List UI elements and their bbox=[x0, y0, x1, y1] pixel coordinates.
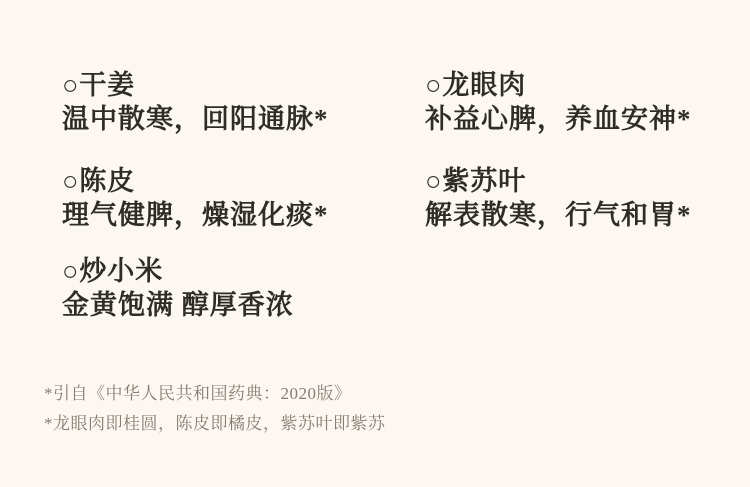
ingredient-name: ○龙眼肉 bbox=[425, 68, 692, 102]
circle-bullet-icon: ○ bbox=[62, 166, 79, 196]
ingredient-item-zisuye: ○紫苏叶 解表散寒，行气和胃* bbox=[425, 164, 692, 232]
ingredient-property: 金黄饱满 醇厚香浓 bbox=[62, 288, 294, 322]
circle-bullet-icon: ○ bbox=[425, 166, 442, 196]
ingredient-name-text: 陈皮 bbox=[79, 166, 135, 196]
ingredient-item-chaoxiaomi: ○炒小米 金黄饱满 醇厚香浓 bbox=[62, 254, 294, 322]
footnote-aliases: *龙眼肉即桂圆，陈皮即橘皮，紫苏叶即紫苏 bbox=[44, 413, 386, 434]
ingredient-property: 温中散寒，回阳通脉* bbox=[62, 102, 329, 136]
circle-bullet-icon: ○ bbox=[62, 256, 79, 286]
circle-bullet-icon: ○ bbox=[62, 70, 79, 100]
ingredient-property: 补益心脾，养血安神* bbox=[425, 102, 692, 136]
ingredient-name-text: 干姜 bbox=[79, 70, 135, 100]
ingredient-name: ○干姜 bbox=[62, 68, 329, 102]
footnote-source: *引自《中华人民共和国药典：2020版》 bbox=[44, 383, 352, 404]
ingredient-item-ganjiang: ○干姜 温中散寒，回阳通脉* bbox=[62, 68, 329, 136]
ingredient-name-text: 紫苏叶 bbox=[442, 166, 526, 196]
ingredient-property: 理气健脾，燥湿化痰* bbox=[62, 198, 329, 232]
ingredient-name-text: 炒小米 bbox=[79, 256, 163, 286]
ingredient-name: ○紫苏叶 bbox=[425, 164, 692, 198]
circle-bullet-icon: ○ bbox=[425, 70, 442, 100]
ingredient-name: ○炒小米 bbox=[62, 254, 294, 288]
ingredient-name-text: 龙眼肉 bbox=[442, 70, 526, 100]
ingredient-name: ○陈皮 bbox=[62, 164, 329, 198]
ingredient-property: 解表散寒，行气和胃* bbox=[425, 198, 692, 232]
ingredient-item-chenpi: ○陈皮 理气健脾，燥湿化痰* bbox=[62, 164, 329, 232]
ingredient-info-card: ○干姜 温中散寒，回阳通脉* ○龙眼肉 补益心脾，养血安神* ○陈皮 理气健脾，… bbox=[0, 0, 750, 487]
ingredient-item-longyanrou: ○龙眼肉 补益心脾，养血安神* bbox=[425, 68, 692, 136]
